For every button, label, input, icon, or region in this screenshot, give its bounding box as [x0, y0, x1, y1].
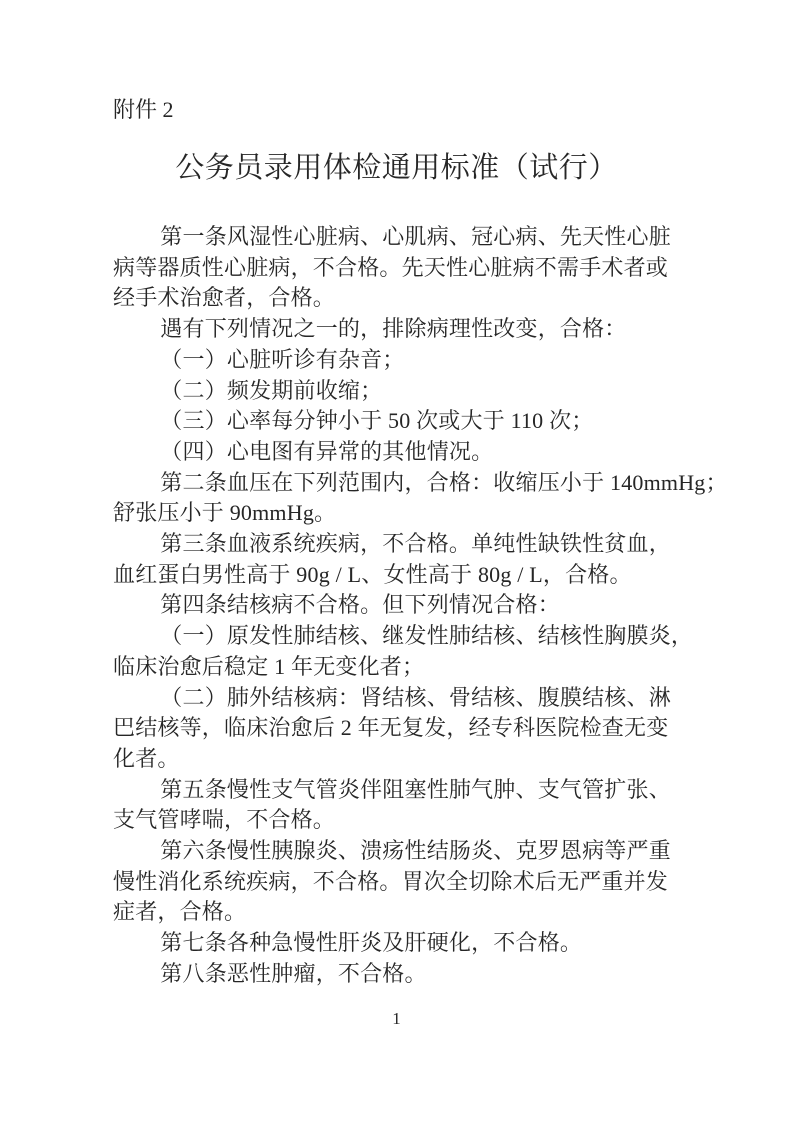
document-line: 第四条结核病不合格。但下列情况合格：	[113, 590, 733, 621]
page-title: 公务员录用体检通用标准（试行）	[0, 148, 793, 188]
document-line: 遇有下列情况之一的，排除病理性改变，合格：	[113, 314, 733, 345]
document-line: 第六条慢性胰腺炎、溃疡性结肠炎、克罗恩病等严重	[113, 836, 733, 867]
document-line: 第五条慢性支气管炎伴阻塞性肺气肿、支气管扩张、	[113, 775, 733, 806]
document-line: 第三条血液系统疾病，不合格。单纯性缺铁性贫血，	[113, 529, 733, 560]
document-line: 第七条各种急慢性肝炎及肝硬化，不合格。	[113, 928, 733, 959]
document-line: （一）心脏听诊有杂音；	[113, 345, 733, 376]
page-number: 1	[0, 1008, 793, 1030]
document-line: 血红蛋白男性高于 90g / L、女性高于 80g / L，合格。	[113, 560, 733, 591]
document-line: 化者。	[113, 744, 733, 775]
document-line: 第八条恶性肿瘤，不合格。	[113, 959, 733, 990]
document-body: 第一条风湿性心脏病、心肌病、冠心病、先天性心脏病等器质性心脏病，不合格。先天性心…	[113, 222, 733, 990]
document-line: 病等器质性心脏病，不合格。先天性心脏病不需手术者或	[113, 253, 733, 284]
document-line: （二）肺外结核病：肾结核、骨结核、腹膜结核、淋	[113, 683, 733, 714]
document-line: 第一条风湿性心脏病、心肌病、冠心病、先天性心脏	[113, 222, 733, 253]
document-line: （四）心电图有异常的其他情况。	[113, 437, 733, 468]
document-line: 慢性消化系统疾病，不合格。胃次全切除术后无严重并发	[113, 867, 733, 898]
document-line: 支气管哮喘，不合格。	[113, 805, 733, 836]
attachment-label: 附件 2	[113, 96, 174, 124]
document-line: 巴结核等，临床治愈后 2 年无复发，经专科医院检查无变	[113, 713, 733, 744]
document-line: 第二条血压在下列范围内，合格：收缩压小于 140mmHg；	[113, 468, 733, 499]
document-line: 经手术治愈者，合格。	[113, 283, 733, 314]
document-line: （一）原发性肺结核、继发性肺结核、结核性胸膜炎，	[113, 621, 733, 652]
document-page: 附件 2 公务员录用体检通用标准（试行） 第一条风湿性心脏病、心肌病、冠心病、先…	[0, 0, 793, 1122]
document-line: （二）频发期前收缩；	[113, 376, 733, 407]
document-line: （三）心率每分钟小于 50 次或大于 110 次；	[113, 406, 733, 437]
document-line: 临床治愈后稳定 1 年无变化者；	[113, 652, 733, 683]
document-line: 症者，合格。	[113, 897, 733, 928]
document-line: 舒张压小于 90mmHg。	[113, 498, 733, 529]
